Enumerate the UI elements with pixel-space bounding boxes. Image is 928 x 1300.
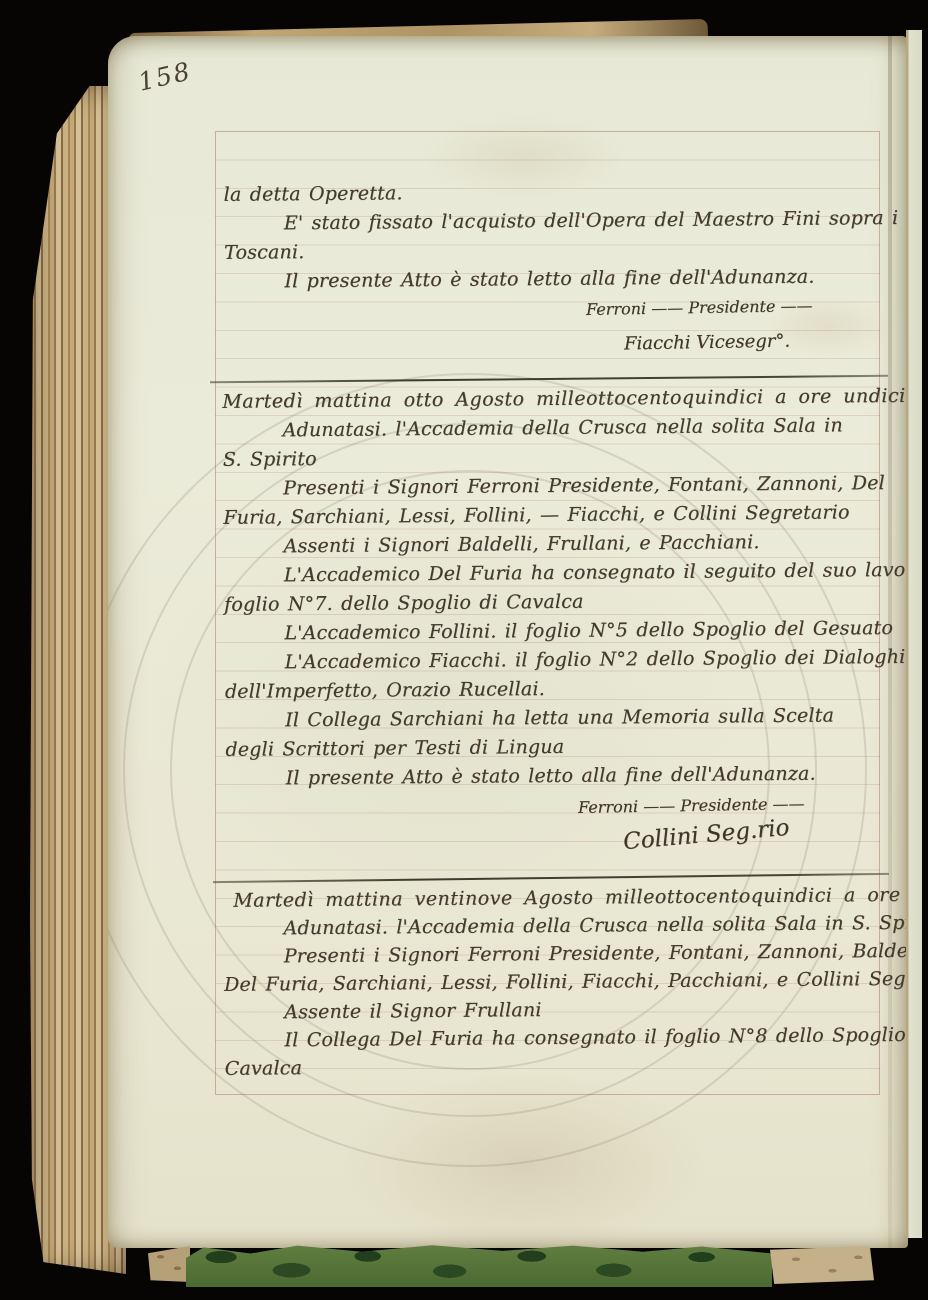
text-line: Furia, Sarchiani, Lessi, Follini, — Fiac… — [217, 498, 879, 533]
text-line: Il Collega Sarchiani ha letta una Memori… — [219, 701, 881, 736]
page-number: 158 — [135, 56, 194, 96]
text-line: Cavalca — [219, 1049, 881, 1083]
signature-vicesecretary: Fiacchi Vicesegr°. — [624, 331, 790, 355]
gutter-crease — [888, 36, 892, 1248]
manuscript-page: 158 la detta Operetta. E' stato fissato … — [108, 36, 908, 1248]
text-line: L'Accademico Del Furia ha consegnato il … — [218, 556, 880, 591]
text-line: L'Accademico Fiacchi. il foglio N°2 dell… — [219, 643, 881, 678]
board-corner-left — [148, 1246, 190, 1282]
text-line: Il presente Atto è stato letto alla fine… — [218, 262, 880, 297]
text-line: Del Furia, Sarchiani, Lessi, Follini, Fi… — [218, 965, 880, 999]
text-line: Adunatasi. l'Accademia della Crusca nell… — [216, 411, 878, 446]
minutes-entry-1: la detta Operetta. E' stato fissato l'ac… — [218, 175, 881, 297]
marbled-board-edge — [186, 1243, 772, 1287]
scanned-book-photo: 158 la detta Operetta. E' stato fissato … — [0, 0, 928, 1300]
board-corner-right — [770, 1246, 874, 1284]
signature-president: Ferroni —— Presidente —— — [585, 296, 812, 319]
signature-president: Ferroni —— Presidente —— — [577, 794, 804, 817]
next-page-sliver — [906, 30, 922, 1238]
text-line: E' stato fissato l'acquisto dell'Opera d… — [218, 204, 880, 239]
minutes-entry-3: Martedì mattina ventinove Agosto milleot… — [217, 881, 881, 1083]
text-line: Il presente Atto è stato letto alla fine… — [220, 759, 882, 794]
text-line: Il Collega Del Furia ha consegnato il fo… — [218, 1021, 880, 1055]
minutes-entry-2: Martedì mattina otto Agosto milleottocen… — [216, 382, 882, 794]
